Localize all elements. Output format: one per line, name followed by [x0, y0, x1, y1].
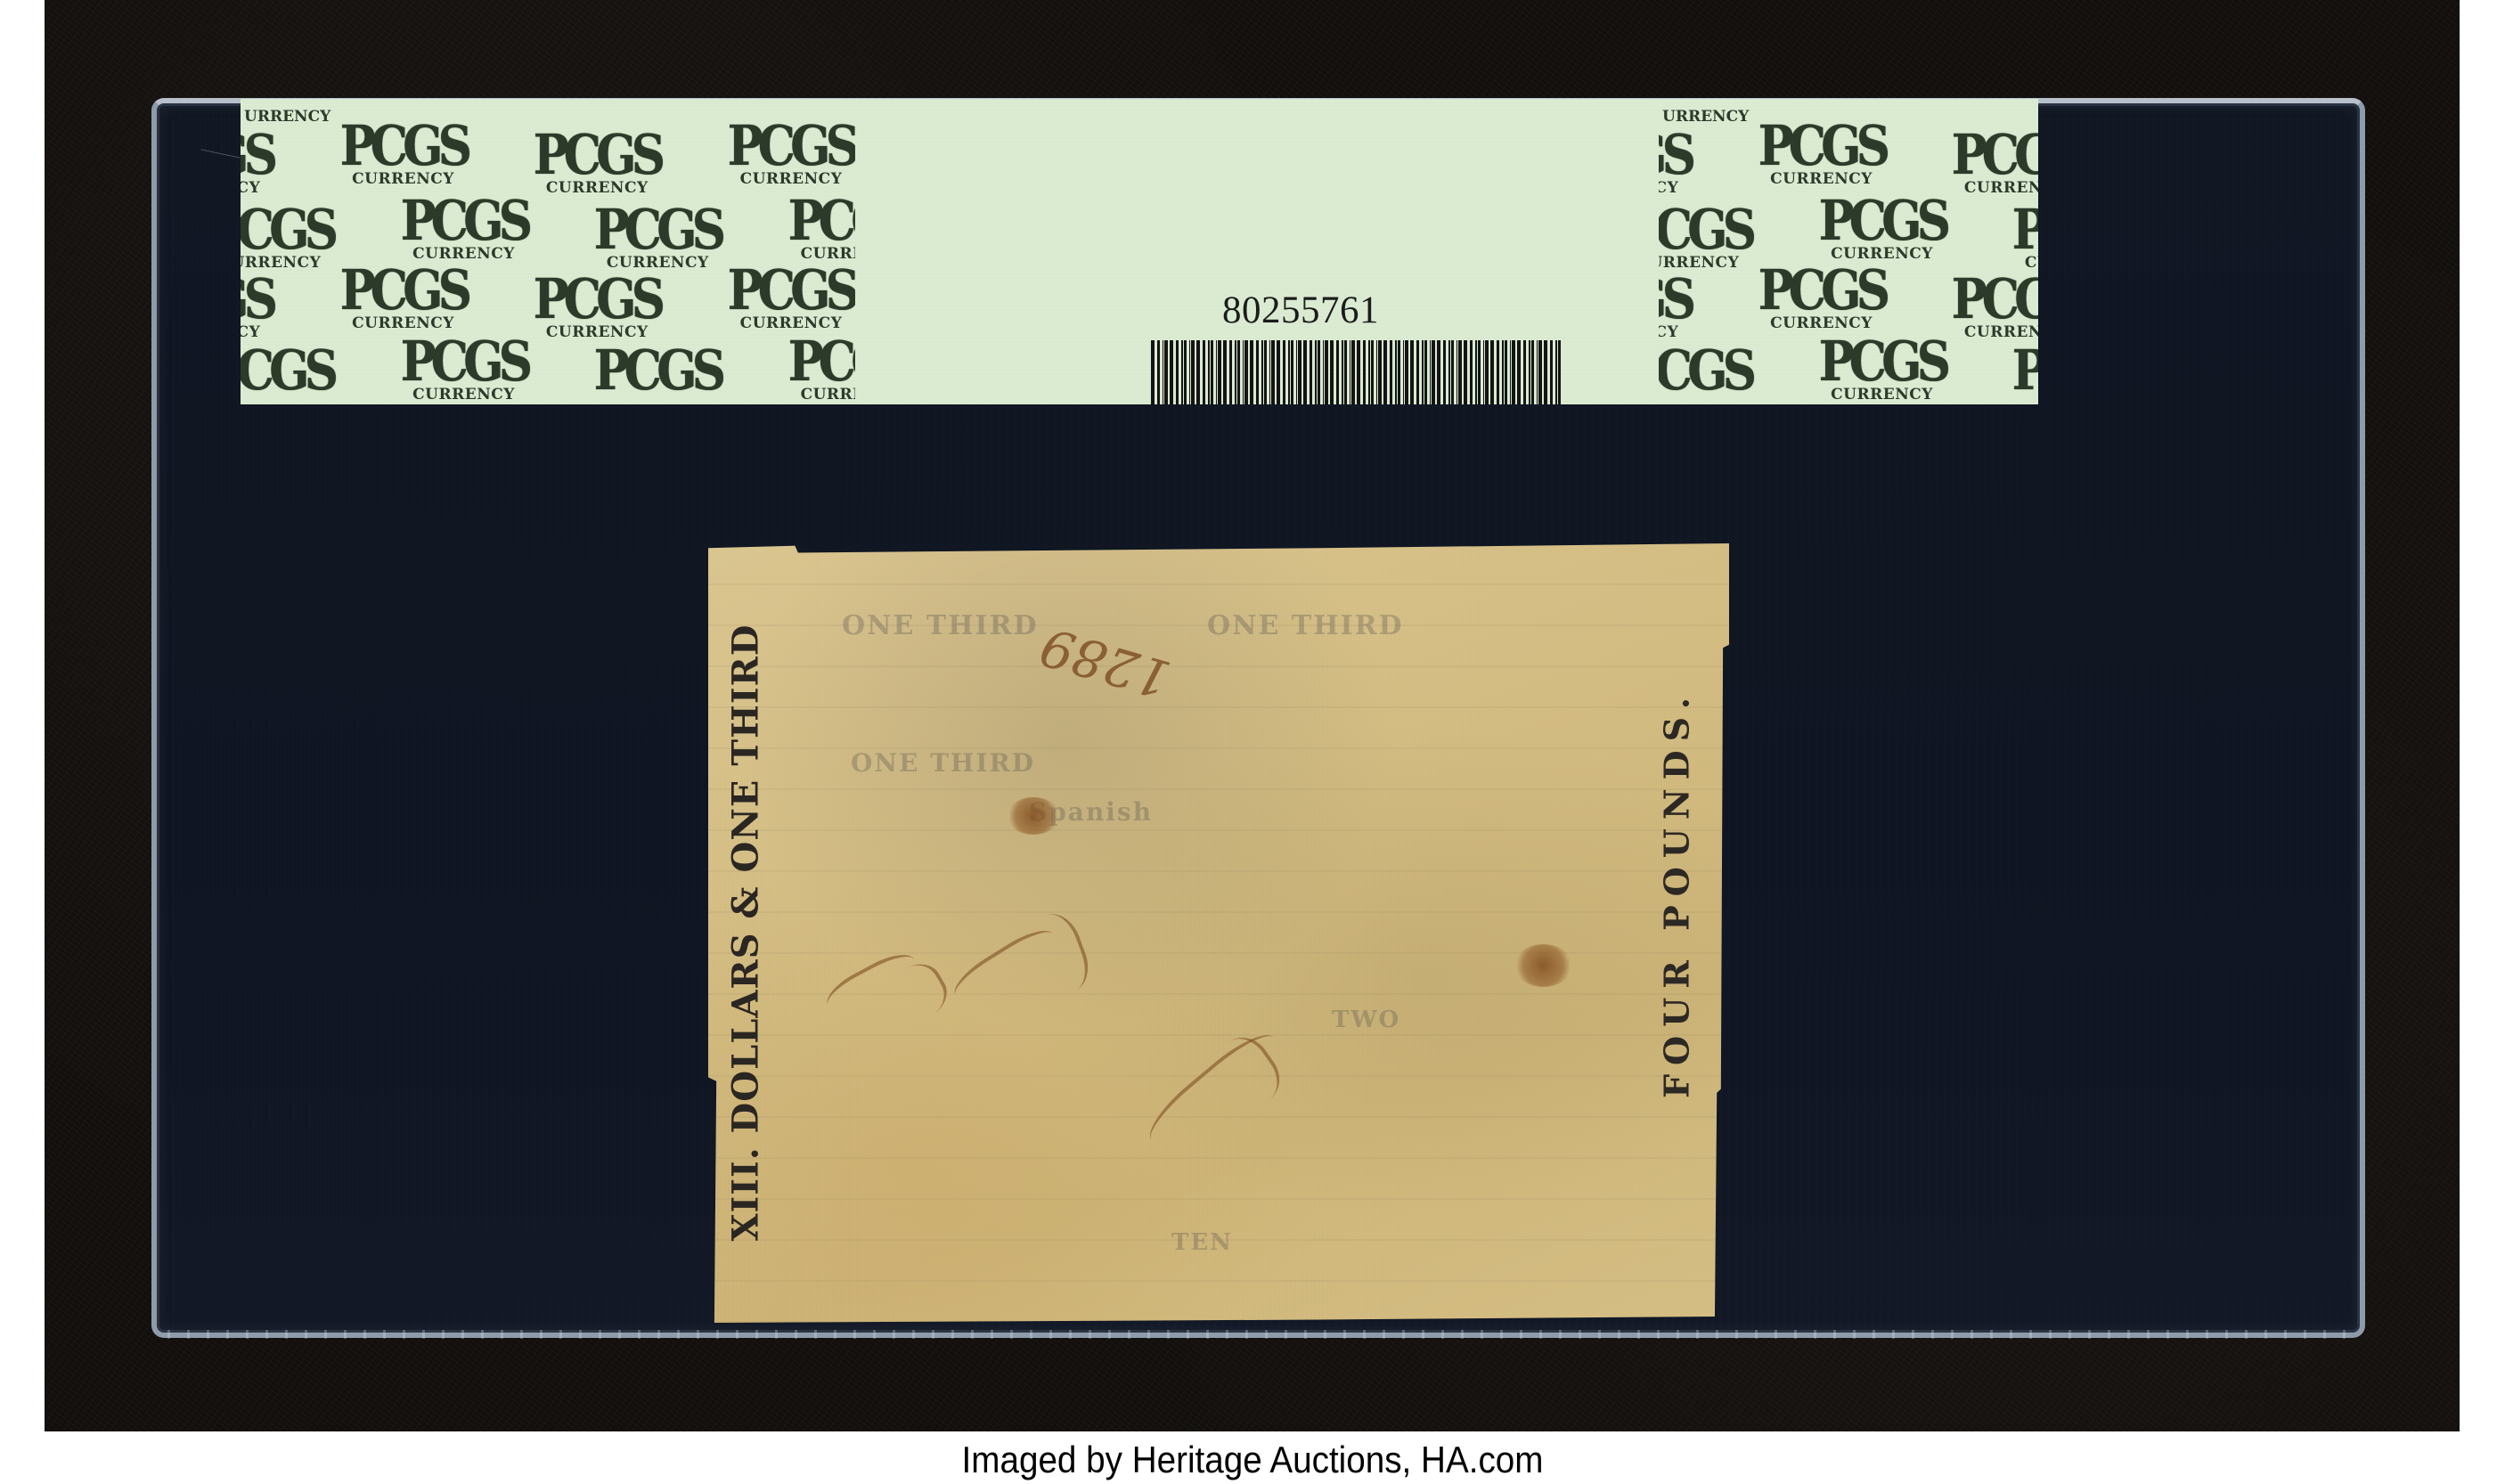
pcgs-logo-icon: PCGSCURRENCY [241, 272, 283, 339]
pcgs-logo-icon: PCGS [241, 343, 344, 398]
pcgs-logo-icon: PCGSCURRENCY [1659, 127, 1701, 195]
pcgs-logo-icon: PCGSCURRENCY [717, 263, 855, 330]
pcgs-logo-icon: PCGS [1659, 343, 1762, 398]
pcgs-logo-icon: PCGSCURRENCY [778, 334, 855, 402]
pcgs-logo-icon: PCGSCURRENCY [778, 193, 855, 261]
pcgs-logo-icon: PCGSCURRENCY [1748, 118, 1896, 186]
pcgs-logo-icon: PCGSCURRENCY [1808, 193, 1956, 261]
pcgs-logo-icon: PCGSCURRENCY [330, 118, 477, 186]
denomination-pounds-text: FOUR POUNDS. [1657, 689, 1697, 1098]
ink-stain [1514, 944, 1572, 987]
pcgs-logo-icon: PCGSCURRENCY [1659, 272, 1701, 339]
note-ghost-text: ONE THIRD [851, 748, 1035, 778]
note-ghost-text: TWO [1332, 1007, 1400, 1033]
pcgs-logo-icon: PCGSCURRENCY [1808, 334, 1956, 402]
pcgs-logo-icon: PCGSCURRENCY [330, 263, 477, 330]
pcgs-logo-icon: PCGSCURRENCY [241, 127, 283, 195]
pcgs-logo-icon: PCGS [2002, 343, 2038, 398]
pcgs-logo-icon: PCGSCURRENCY [1941, 272, 2038, 339]
pcgs-logo-icon: PCGSCURRENCY [583, 202, 731, 270]
pcgs-logo-icon: PCGSCURRENCY [241, 202, 344, 270]
ink-stain [1007, 797, 1060, 835]
label-logo-pattern-right: URRENCYPCGSCURRENCYPCGSCURRENCYPCGSCURRE… [1659, 99, 2038, 404]
pcgs-logo-icon: PCGSCURRENCY [390, 334, 538, 402]
pcgs-logo-icon: PCGSCURRENCY [390, 193, 538, 261]
pcgs-label: URRENCYPCGSCURRENCYPCGSCURRENCYPCGSCURRE… [241, 99, 2038, 404]
denomination-dollars-text: XIII. DOLLARS & ONE THIRD [725, 624, 767, 1242]
pcgs-logo-icon: PCGSCURRENCY [523, 127, 671, 195]
pcgs-logo-icon: PCGSCURRENCY [1748, 263, 1896, 330]
image-credit-caption: Imaged by Heritage Auctions, HA.com [100, 1439, 2404, 1481]
pcgs-logo-icon: PCGSCURRENCY [1941, 127, 2038, 195]
pcgs-logo-icon: PCGS [583, 343, 731, 398]
currency-note: ONE THIRD ONE THIRD ONE THIRD Spanish TW… [708, 543, 1729, 1323]
note-ghost-text: ONE THIRD [1207, 610, 1404, 641]
pcgs-logo-icon: PCGSCURRENCY [2002, 202, 2038, 270]
serial-number: 80255761 [1222, 289, 1379, 332]
note-ghost-text: ONE THIRD [842, 610, 1039, 641]
holder-rim [167, 1330, 2350, 1339]
barcode-icon [1151, 340, 1563, 404]
label-logo-pattern-left: URRENCYPCGSCURRENCYPCGSCURRENCYPCGSCURRE… [241, 99, 855, 404]
pcgs-logo-icon: PCGSCURRENCY [523, 272, 671, 339]
pcgs-logo-icon: PCGSCURRENCY [717, 118, 855, 186]
signature-ghost [1016, 908, 1097, 1002]
pcgs-logo-icon: PCGSCURRENCY [1659, 202, 1762, 270]
handwritten-serial: 1289 [1033, 616, 1177, 710]
note-ghost-text: TEN [1171, 1229, 1233, 1256]
